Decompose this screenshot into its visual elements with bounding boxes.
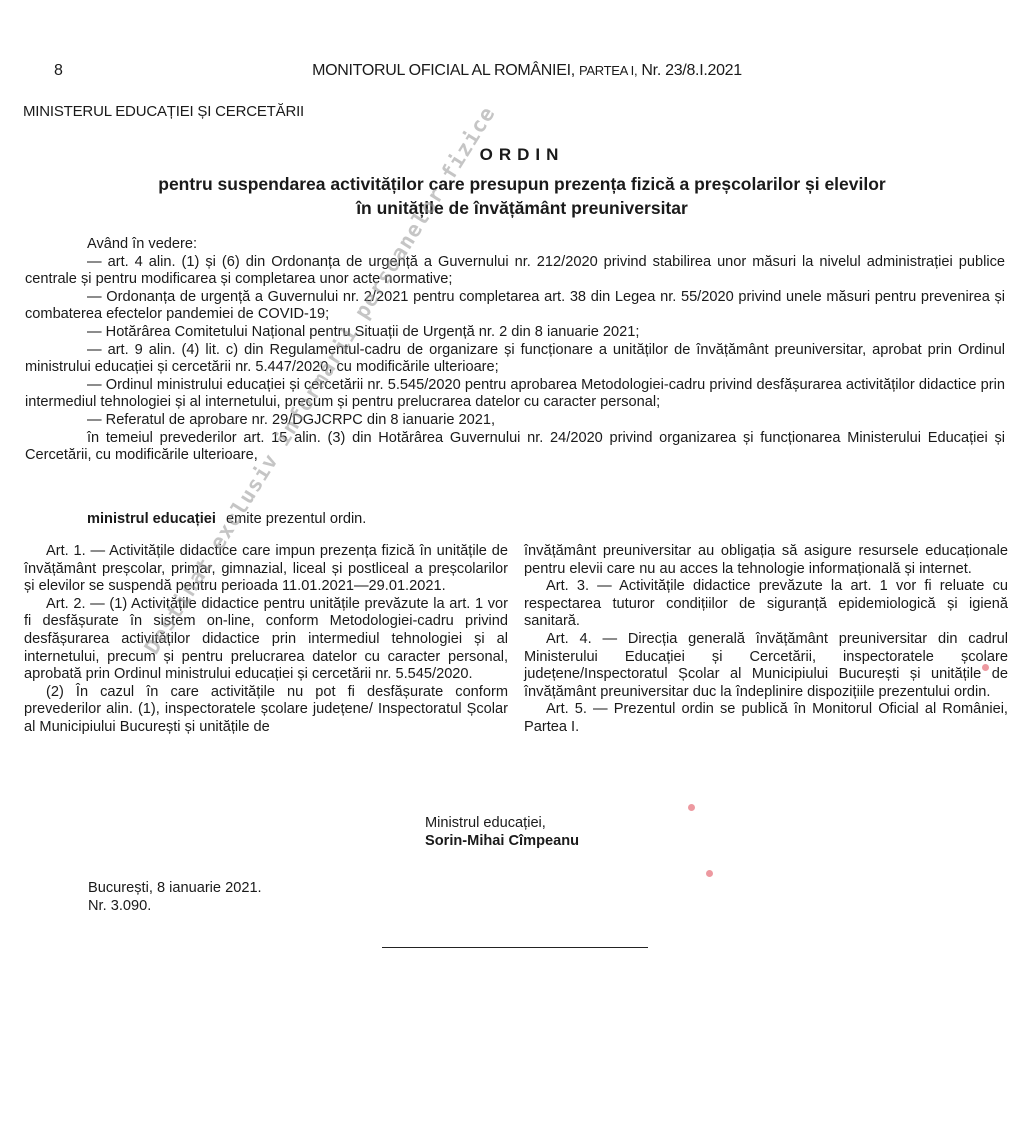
publication-name: MONITORUL OFICIAL AL ROMÂNIEI, bbox=[312, 62, 575, 79]
place-date-block: București, 8 ianuarie 2021. Nr. 3.090. bbox=[88, 879, 262, 915]
signatory-role: Ministrul educației, bbox=[425, 815, 546, 831]
article-3: Art. 3. — Activitățile didactice prevăzu… bbox=[524, 578, 1008, 631]
end-rule bbox=[382, 947, 648, 948]
preamble-item: — Ordinul ministrului educației și cerce… bbox=[25, 377, 1005, 412]
preamble-item: — Hotărârea Comitetului Național pentru … bbox=[25, 324, 1005, 342]
issuer: MINISTERUL EDUCAȚIEI ȘI CERCETĂRII bbox=[23, 103, 304, 120]
publication-part: PARTEA I, bbox=[579, 63, 637, 78]
title-line-1: pentru suspendarea activităților care pr… bbox=[20, 172, 1024, 196]
preamble-item: — Referatul de aprobare nr. 29/DGJCRPC d… bbox=[25, 412, 1005, 430]
legal-basis: în temeiul prevederilor art. 15 alin. (3… bbox=[25, 430, 1005, 465]
article-2-para-2: (2) În cazul în care activitățile nu pot… bbox=[24, 684, 508, 737]
document-kind: ORDIN bbox=[0, 145, 1024, 165]
article-5: Art. 5. — Prezentul ordin se publică în … bbox=[524, 701, 1008, 736]
publication-issue: Nr. 23/8.I.2021 bbox=[641, 62, 741, 79]
preamble-item: — art. 9 alin. (4) lit. c) din Regulamen… bbox=[25, 342, 1005, 377]
preamble-item: — art. 4 alin. (1) și (6) din Ordonanța … bbox=[25, 254, 1005, 289]
preamble: Având în vedere: — art. 4 alin. (1) și (… bbox=[25, 236, 1005, 465]
title-line-2: în unitățile de învățământ preuniversita… bbox=[20, 196, 1024, 220]
signatory-name: Sorin-Mihai Cîmpeanu bbox=[425, 833, 579, 849]
running-header: MONITORUL OFICIAL AL ROMÂNIEI, PARTEA I,… bbox=[0, 62, 1024, 80]
article-1: Art. 1. — Activitățile didactice care im… bbox=[24, 543, 508, 596]
enacting-subject: ministrul educației bbox=[87, 511, 216, 527]
place-and-date: București, 8 ianuarie 2021. bbox=[88, 879, 262, 897]
articles-right-column: învățământ preuniversitar au obligația s… bbox=[524, 543, 1008, 737]
preamble-intro: Având în vedere: bbox=[25, 236, 1005, 254]
stamp-mark bbox=[706, 870, 713, 877]
stamp-mark bbox=[688, 804, 695, 811]
article-2-para-1: Art. 2. — (1) Activitățile didactice pen… bbox=[24, 596, 508, 684]
stamp-mark bbox=[982, 664, 989, 671]
article-2-para-2-continued: învățământ preuniversitar au obligația s… bbox=[524, 543, 1008, 578]
preamble-item: — Ordonanța de urgență a Guvernului nr. … bbox=[25, 289, 1005, 324]
articles-left-column: Art. 1. — Activitățile didactice care im… bbox=[24, 543, 508, 737]
article-4: Art. 4. — Direcția generală învățământ p… bbox=[524, 631, 1008, 701]
order-number: Nr. 3.090. bbox=[88, 897, 262, 915]
document-title: pentru suspendarea activităților care pr… bbox=[0, 172, 1024, 220]
